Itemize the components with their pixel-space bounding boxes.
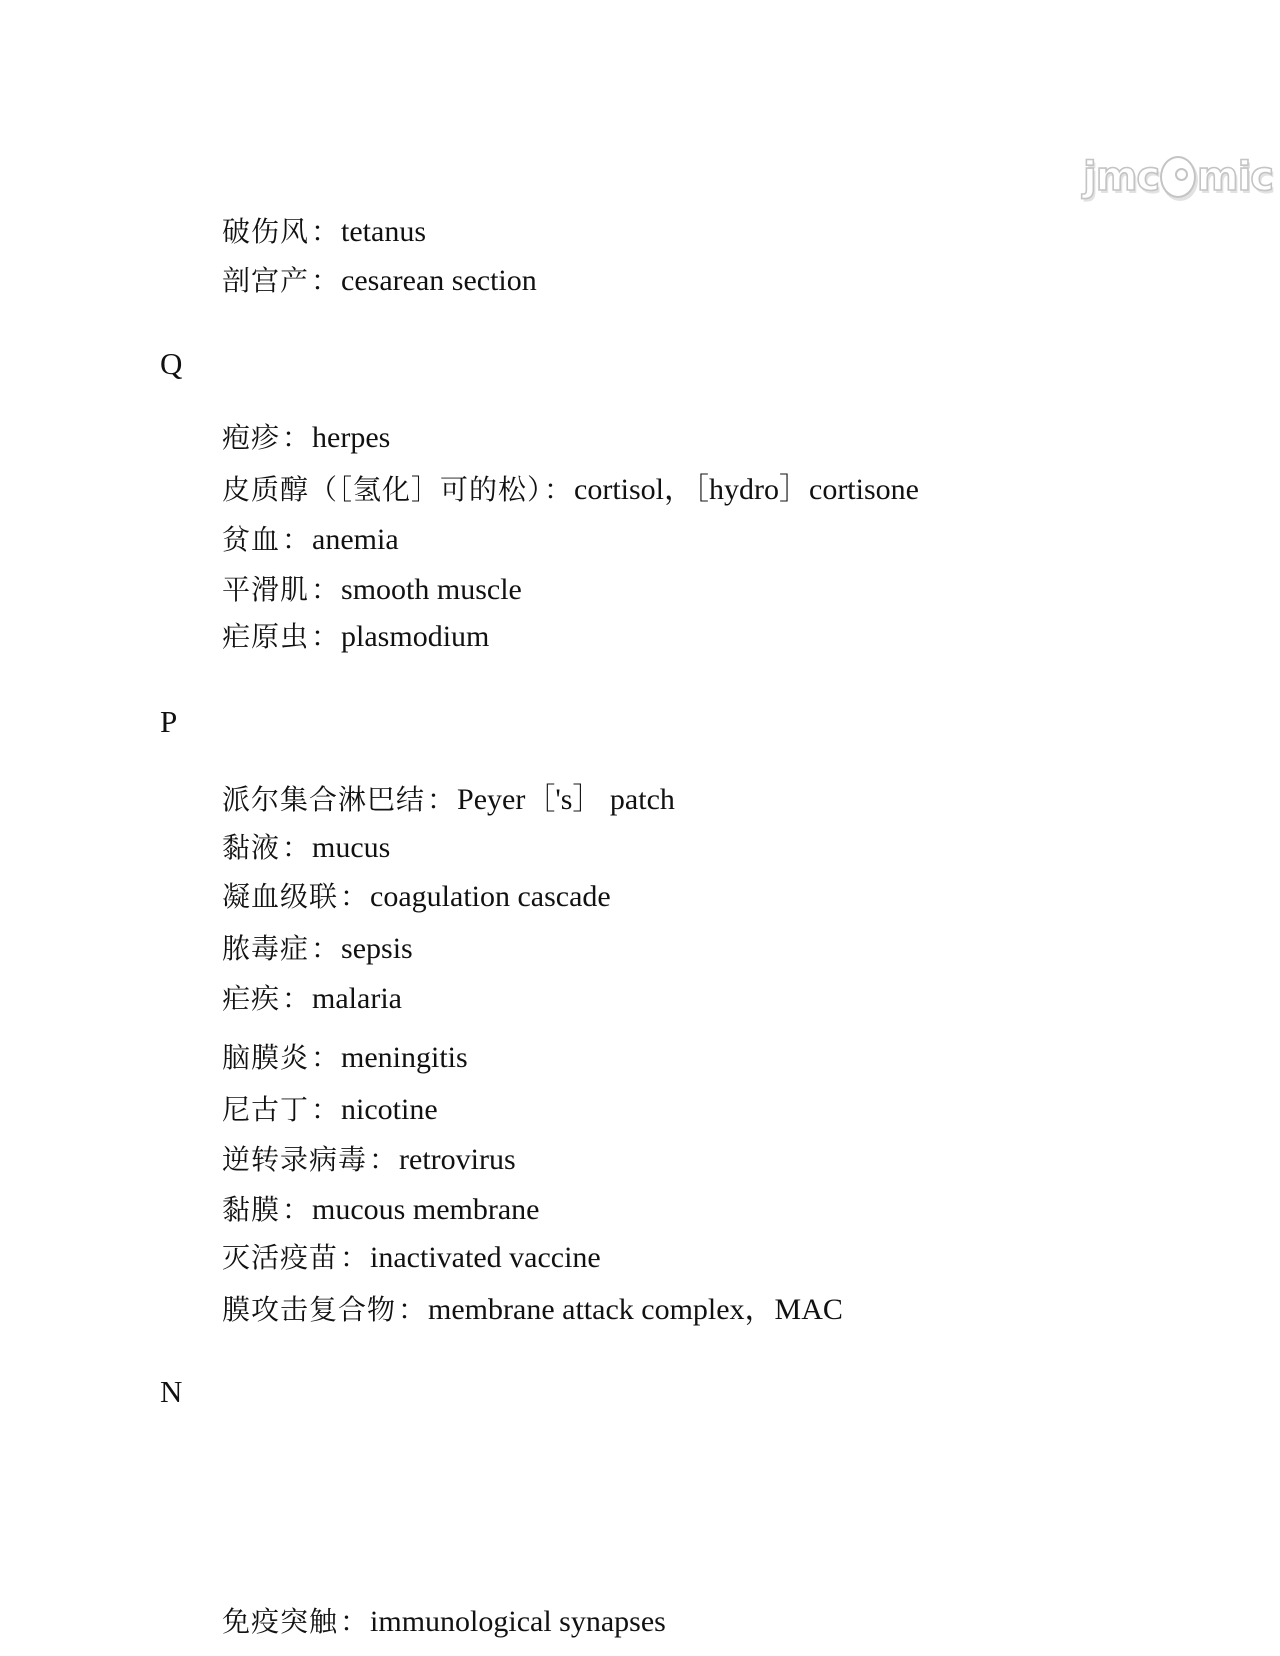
term-separator: ：	[280, 523, 312, 556]
term-separator: ：	[280, 831, 312, 864]
term-separator: ：	[309, 620, 341, 653]
term-chinese: 黏膜	[222, 1193, 280, 1226]
term-chinese: 凝血级联	[222, 880, 338, 913]
term-chinese: 破伤风	[222, 215, 309, 248]
glossary-entry: 脓毒症：sepsis	[222, 931, 413, 967]
term-separator: ：	[309, 1041, 341, 1074]
term-chinese: 皮质醇（［氢化］可的松）	[222, 473, 542, 506]
term-chinese: 剖宫产	[222, 264, 309, 297]
term-chinese: 免疫突触	[222, 1605, 338, 1638]
term-english: retrovirus	[399, 1143, 516, 1176]
term-separator: ：	[338, 1241, 370, 1274]
section-letter-q: Q	[160, 346, 182, 382]
term-english: cortisol，［hydro］cortisone	[574, 473, 919, 506]
term-separator: ：	[280, 421, 312, 454]
term-separator: ：	[309, 1093, 341, 1126]
term-english: herpes	[312, 421, 390, 454]
glossary-entry: 灭活疫苗：inactivated vaccine	[222, 1240, 601, 1276]
glossary-entry: 尼古丁：nicotine	[222, 1092, 438, 1128]
term-separator: ：	[280, 1193, 312, 1226]
term-chinese: 疟原虫	[222, 620, 309, 653]
watermark-logo: jmc mic	[1083, 150, 1273, 204]
term-english: Peyer［'s］ patch	[457, 783, 675, 816]
glossary-entry: 逆转录病毒：retrovirus	[222, 1142, 516, 1178]
glossary-entry: 派尔集合淋巴结：Peyer［'s］ patch	[222, 782, 675, 818]
term-english: tetanus	[341, 215, 426, 248]
term-english: meningitis	[341, 1041, 468, 1074]
watermark-text-left: jmc	[1083, 154, 1159, 200]
glossary-entry: 疱疹：herpes	[222, 420, 390, 456]
glossary-entry: 黏膜：mucous membrane	[222, 1192, 539, 1228]
glossary-entry: 平滑肌：smooth muscle	[222, 572, 522, 608]
term-separator: ：	[309, 573, 341, 606]
glossary-entry: 剖宫产：cesarean section	[222, 263, 537, 299]
term-chinese: 尼古丁	[222, 1093, 309, 1126]
mascot-face-icon	[1160, 156, 1196, 198]
term-english: smooth muscle	[341, 573, 522, 606]
term-separator: ：	[542, 473, 574, 506]
term-chinese: 脓毒症	[222, 932, 309, 965]
term-separator: ：	[338, 880, 370, 913]
glossary-entry: 疟原虫：plasmodium	[222, 619, 489, 655]
term-english: malaria	[312, 982, 402, 1015]
term-chinese: 平滑肌	[222, 573, 309, 606]
term-separator: ：	[280, 982, 312, 1015]
term-english: anemia	[312, 523, 399, 556]
term-chinese: 疟疾	[222, 982, 280, 1015]
term-separator: ：	[309, 264, 341, 297]
term-chinese: 派尔集合淋巴结	[222, 783, 425, 816]
term-english: nicotine	[341, 1093, 438, 1126]
section-letter-n: N	[160, 1374, 182, 1410]
term-english: membrane attack complex，MAC	[428, 1293, 843, 1326]
glossary-entry: 破伤风：tetanus	[222, 214, 426, 250]
term-english: sepsis	[341, 932, 413, 965]
term-separator: ：	[396, 1293, 428, 1326]
term-english: inactivated vaccine	[370, 1241, 601, 1274]
term-english: coagulation cascade	[370, 880, 611, 913]
term-chinese: 疱疹	[222, 421, 280, 454]
term-separator: ：	[338, 1605, 370, 1638]
term-chinese: 灭活疫苗	[222, 1241, 338, 1274]
term-chinese: 贫血	[222, 523, 280, 556]
glossary-entry: 疟疾：malaria	[222, 981, 402, 1017]
watermark-text-right: mic	[1197, 154, 1273, 200]
term-separator: ：	[367, 1143, 399, 1176]
glossary-entry: 脑膜炎：meningitis	[222, 1040, 468, 1076]
glossary-entry: 膜攻击复合物：membrane attack complex，MAC	[222, 1292, 843, 1328]
term-separator: ：	[309, 215, 341, 248]
term-separator: ：	[309, 932, 341, 965]
term-chinese: 脑膜炎	[222, 1041, 309, 1074]
term-english: plasmodium	[341, 620, 489, 653]
term-english: mucous membrane	[312, 1193, 539, 1226]
glossary-entry: 凝血级联：coagulation cascade	[222, 879, 611, 915]
glossary-entry: 免疫突触：immunological synapses	[222, 1604, 666, 1640]
term-chinese: 膜攻击复合物	[222, 1293, 396, 1326]
term-separator: ：	[425, 783, 457, 816]
glossary-entry: 贫血：anemia	[222, 522, 399, 558]
term-english: mucus	[312, 831, 390, 864]
term-chinese: 黏液	[222, 831, 280, 864]
term-english: immunological synapses	[370, 1605, 666, 1638]
glossary-entry: 皮质醇（［氢化］可的松）：cortisol，［hydro］cortisone	[222, 472, 919, 508]
term-english: cesarean section	[341, 264, 537, 297]
glossary-entry: 黏液：mucus	[222, 830, 390, 866]
term-chinese: 逆转录病毒	[222, 1143, 367, 1176]
section-letter-p: P	[160, 704, 177, 740]
